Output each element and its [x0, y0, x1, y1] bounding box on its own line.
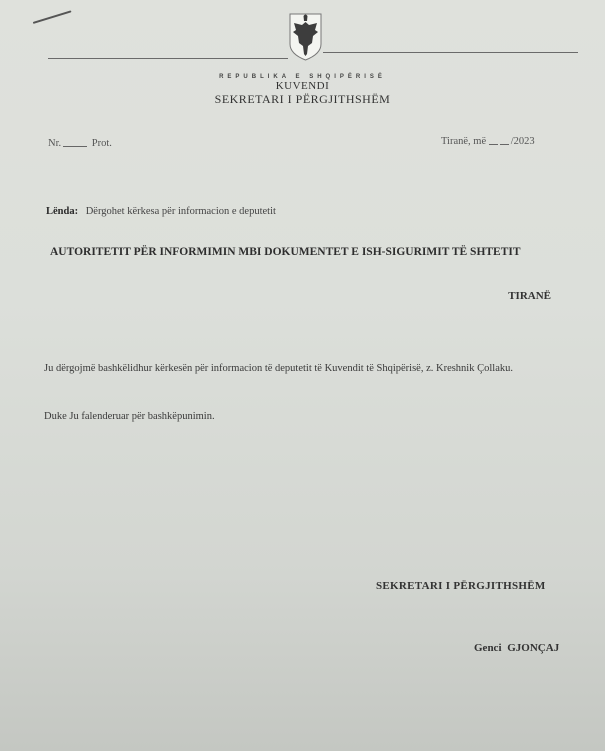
date-line: Tiranë, më /2023 [441, 136, 535, 147]
date-year: /2023 [511, 136, 535, 147]
recipient-name: AUTORITETIT PËR INFORMIMIN MBI DOKUMENTE… [46, 244, 546, 260]
date-prefix: Tiranë, më [441, 136, 486, 147]
signature-name: Genci GJONÇAJ [474, 642, 559, 654]
day-blank [489, 144, 498, 145]
body-paragraph: Ju dërgojmë bashkëlidhur kërkesën për in… [44, 361, 564, 377]
signature-title: SEKRETARI I PËRGJITHSHËM [376, 580, 546, 592]
recipient-city: TIRANË [470, 290, 551, 302]
nr-label: Nr. [48, 138, 61, 149]
prot-label: Prot. [92, 138, 112, 149]
office-name: SEKRETARI I PËRGJITHSHËM [0, 92, 605, 107]
closing-paragraph: Duke Ju falenderuar për bashkëpunimin. [44, 411, 215, 422]
header-rule-left [48, 58, 288, 59]
institution-name: KUVENDI [0, 80, 605, 92]
protocol-number: Nr. Prot. [48, 138, 112, 149]
subject-text: Dërgohet kërkesa për informacion e deput… [86, 206, 276, 217]
albanian-coat-of-arms-icon [288, 10, 323, 62]
header-rule-right [323, 52, 578, 53]
subject-label: Lënda: [46, 206, 78, 217]
month-blank [500, 144, 509, 145]
pen-mark [33, 10, 72, 24]
subject-line: Lënda: Dërgohet kërkesa për informacion … [46, 206, 276, 217]
nr-blank [63, 146, 87, 147]
